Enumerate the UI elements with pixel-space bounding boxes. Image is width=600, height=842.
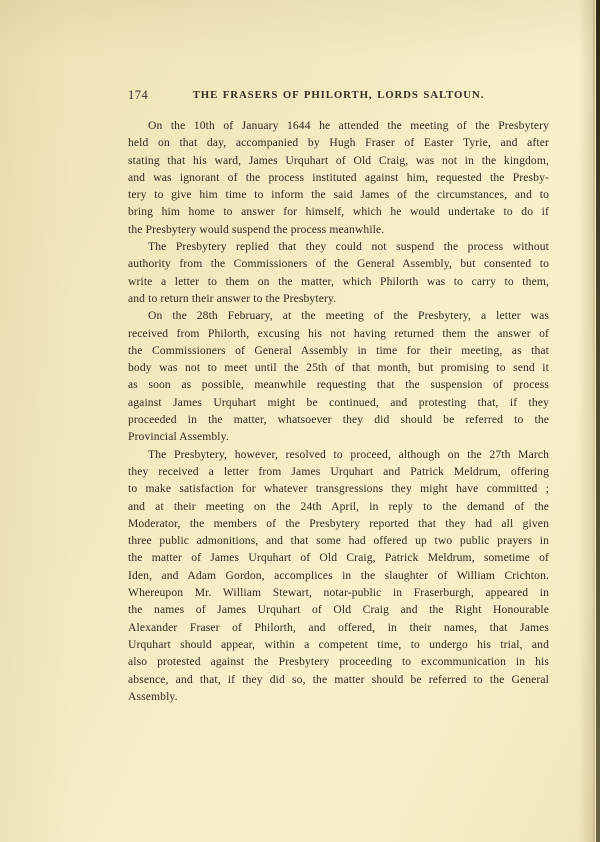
text-line: also protested against the Presbytery pr… [128, 653, 549, 670]
text-line: as soon as possible, meanwhile requestin… [128, 376, 549, 393]
text-line: proceeded in the matter, whatsoever they… [128, 411, 549, 428]
text-line: stating that his ward, James Urquhart of… [128, 152, 549, 169]
text-line: tery to give him time to inform the said… [128, 186, 549, 203]
text-line: Moderator, the members of the Presbytery… [128, 515, 549, 532]
page-header: 174 THE FRASERS OF PHILORTH, LORDS SALTO… [128, 88, 549, 104]
text-line: On the 28th February, at the meeting of … [128, 307, 549, 324]
scanned-book-page: 174 THE FRASERS OF PHILORTH, LORDS SALTO… [0, 0, 600, 842]
running-title: THE FRASERS OF PHILORTH, LORDS SALTOUN. [128, 89, 549, 101]
text-line: Alexander Fraser of Philorth, and offere… [128, 619, 549, 636]
text-line: Whereupon Mr. William Stewart, notar-pub… [128, 584, 549, 601]
text-line: the Commissioners of General Assembly in… [128, 342, 549, 359]
text-line: they received a letter from James Urquha… [128, 463, 549, 480]
text-block: On the 10th of January 1644 he attended … [128, 117, 549, 705]
page-curl-shadow [578, 0, 594, 842]
text-line: the Presbytery would suspend the process… [128, 221, 549, 238]
text-line: The Presbytery replied that they could n… [128, 238, 549, 255]
text-line: and was ignorant of the process institut… [128, 169, 549, 186]
text-line: the names of James Urquhart of Old Craig… [128, 601, 549, 618]
paragraph: On the 10th of January 1644 he attended … [128, 117, 549, 238]
text-line: to make satisfaction for whatever transg… [128, 480, 549, 497]
paragraph: On the 28th February, at the meeting of … [128, 307, 549, 445]
paragraph: The Presbytery, however, resolved to pro… [128, 446, 549, 705]
text-line: against James Urquhart might be continue… [128, 394, 549, 411]
text-line: On the 10th of January 1644 he attended … [128, 117, 549, 134]
text-line: Assembly. [128, 688, 549, 705]
text-line: body was not to meet until the 25th of t… [128, 359, 549, 376]
text-line: the matter of James Urquhart of Old Crai… [128, 549, 549, 566]
text-line: Provincial Assembly. [128, 428, 549, 445]
text-line: and at their meeting on the 24th April, … [128, 498, 549, 515]
text-line: held on that day, accompanied by Hugh Fr… [128, 134, 549, 151]
text-line: received from Philorth, excusing his not… [128, 325, 549, 342]
text-line: The Presbytery, however, resolved to pro… [128, 446, 549, 463]
text-line: Iden, and Adam Gordon, accomplices in th… [128, 567, 549, 584]
text-line: authority from the Commissioners of the … [128, 255, 549, 272]
page-edge-highlight [593, 0, 595, 842]
paragraph: The Presbytery replied that they could n… [128, 238, 549, 307]
text-line: and to return their answer to the Presby… [128, 290, 549, 307]
page-edge-dark-line [596, 0, 600, 842]
text-line: write a letter to them on the matter, wh… [128, 273, 549, 290]
text-line: Urquhart should appear, within a compete… [128, 636, 549, 653]
text-line: three public admonitions, and that some … [128, 532, 549, 549]
text-line: bring him home to answer for himself, wh… [128, 203, 549, 220]
text-line: absence, and that, if they did so, the m… [128, 671, 549, 688]
